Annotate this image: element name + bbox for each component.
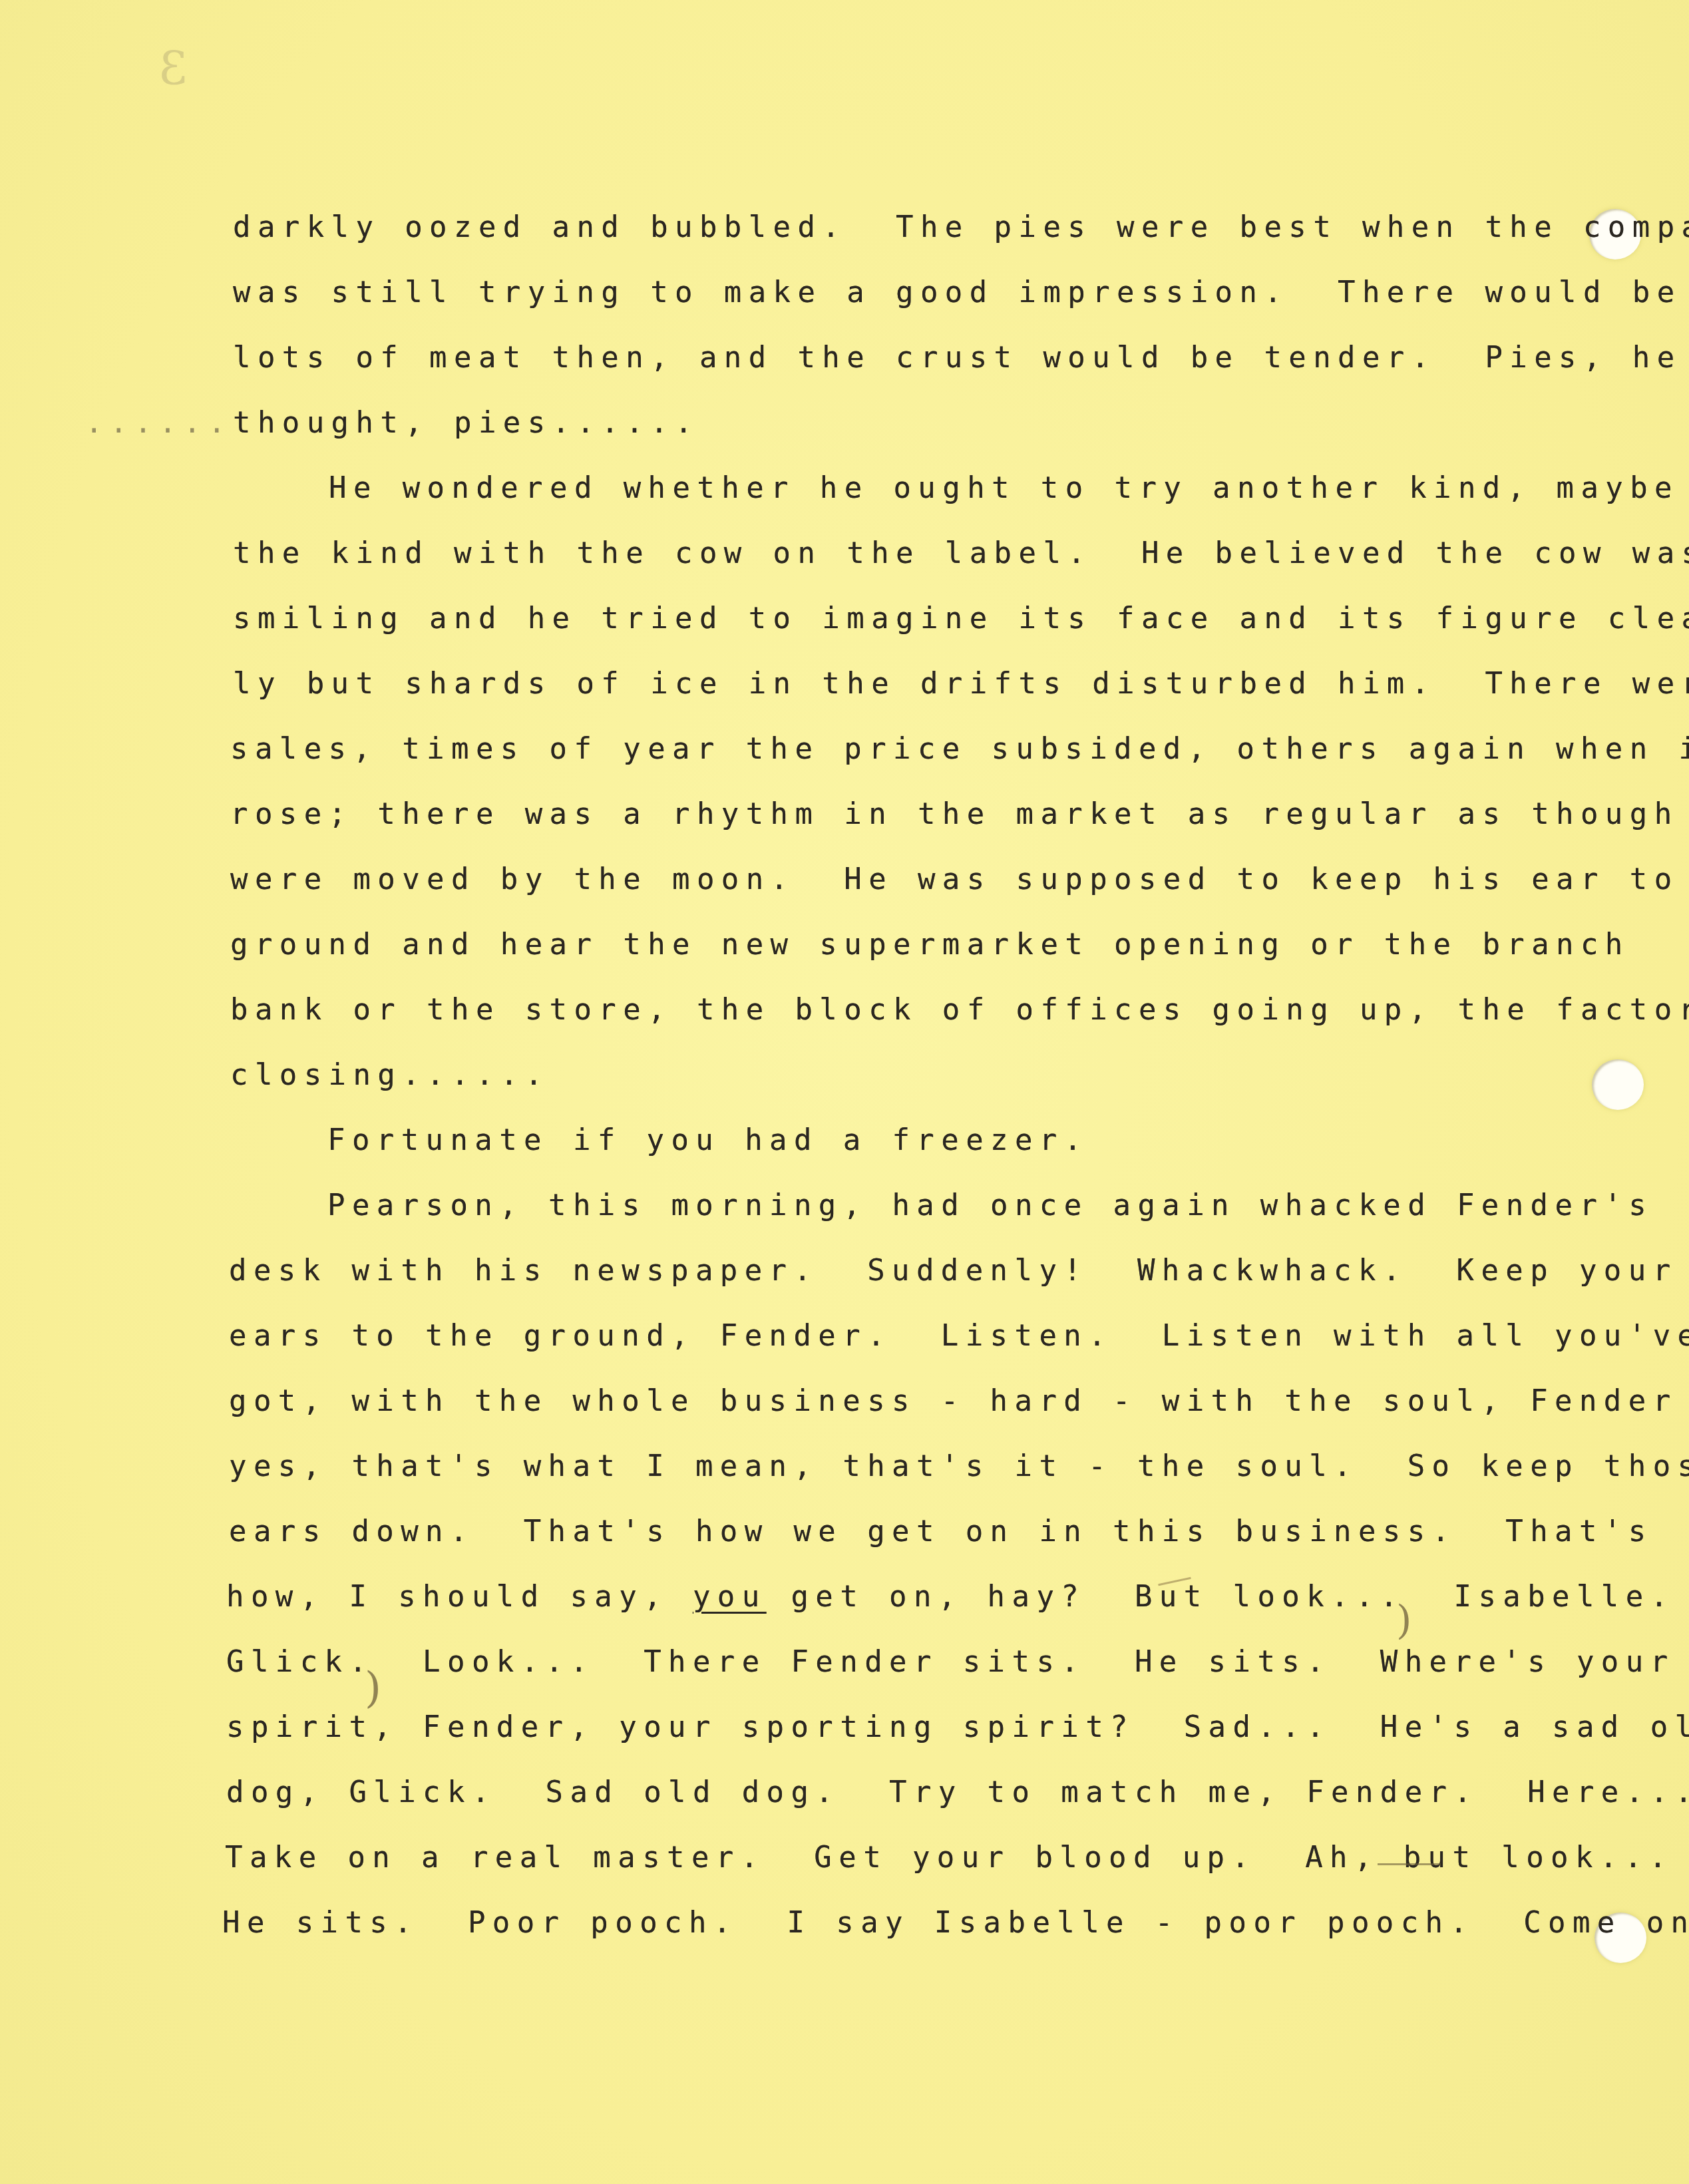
text-line: desk with his newspaper. Suddenly! Whack…: [229, 1256, 1678, 1286]
page-number-showthrough: 3: [158, 41, 188, 96]
text-line: ground and hear the new supermarket open…: [230, 930, 1630, 960]
text-line: dog, Glick. Sad old dog. Try to match me…: [226, 1778, 1689, 1807]
text-line: ears to the ground, Fender. Listen. List…: [229, 1322, 1689, 1351]
text-line: ly but shards of ice in the drifts distu…: [233, 669, 1689, 699]
text-line: bank or the store, the block of offices …: [230, 996, 1689, 1025]
underlined-word: you: [693, 1580, 767, 1614]
text-line: the kind with the cow on the label. He b…: [233, 539, 1689, 568]
text-line: Glick. Look... There Fender sits. He sit…: [226, 1648, 1675, 1677]
text-line: He wondered whether he ought to try anot…: [329, 474, 1679, 503]
text-line: how, I should say, you get on, hay? But …: [226, 1582, 1675, 1612]
text-line: smiling and he tried to imagine its face…: [233, 604, 1689, 634]
text-segment: how, I should say,: [226, 1580, 693, 1614]
text-line: yes, that's what I mean, that's it - the…: [229, 1452, 1689, 1481]
text-line: He sits. Poor pooch. I say Isabelle - po…: [222, 1909, 1689, 1938]
text-line: ears down. That's how we get on in this …: [229, 1517, 1653, 1547]
typescript-page: 3 ...... darkly oozed and bubbled. The p…: [0, 0, 1689, 2184]
text-line: darkly oozed and bubbled. The pies were …: [233, 213, 1689, 242]
pencil-stroke-mark: [1378, 1863, 1441, 1865]
text-segment: get on, hay? But look... Isabelle.: [767, 1580, 1675, 1614]
text-line: rose; there was a rhythm in the market a…: [230, 800, 1689, 829]
margin-dot-leader: ......: [85, 406, 232, 440]
pencil-bracket-mark: ): [1396, 1597, 1411, 1644]
text-line: got, with the whole business - hard - wi…: [229, 1387, 1689, 1416]
text-line: Take on a real master. Get your blood up…: [225, 1843, 1674, 1873]
pencil-bracket-mark: ): [365, 1664, 381, 1713]
text-line: closing......: [230, 1061, 550, 1090]
text-line: spirit, Fender, your sporting spirit? Sa…: [226, 1713, 1689, 1742]
text-line: lots of meat then, and the crust would b…: [233, 343, 1682, 373]
punch-hole-middle: [1592, 1059, 1644, 1110]
text-line: Fortunate if you had a freezer.: [327, 1126, 1089, 1155]
text-line: thought, pies......: [233, 409, 699, 438]
text-line: were moved by the moon. He was supposed …: [230, 865, 1689, 894]
text-line: sales, times of year the price subsided,…: [230, 735, 1689, 764]
text-line: Pearson, this morning, had once again wh…: [327, 1191, 1653, 1220]
text-line: was still trying to make a good impressi…: [233, 278, 1682, 307]
